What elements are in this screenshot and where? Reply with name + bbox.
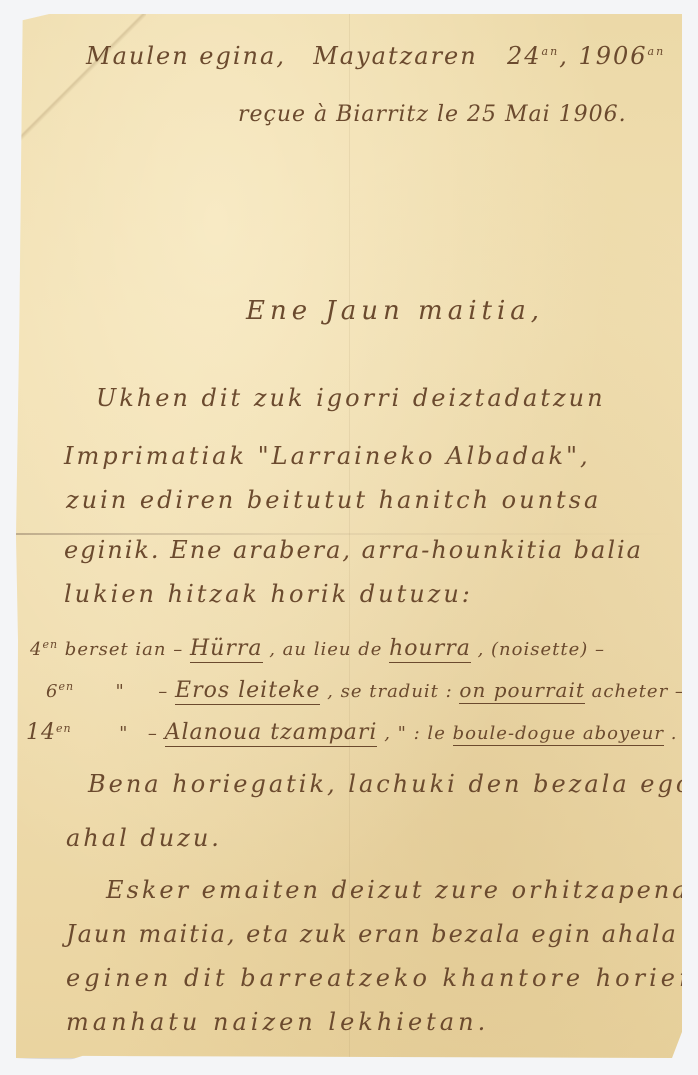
corner-fold-crease bbox=[16, 14, 146, 144]
french-translation: on pourrait bbox=[459, 678, 584, 704]
dateline-day-suffix: an bbox=[542, 45, 560, 58]
letter-page: Maulen egina, Mayatzaren 24an, 1906an re… bbox=[16, 14, 682, 1058]
paragraph1-line3: zuin ediren beitutut hanitch ountsa bbox=[66, 486, 601, 514]
received-note: reçue à Biarritz le 25 Mai 1906. bbox=[238, 102, 627, 127]
dateline-year-suffix: an bbox=[648, 45, 666, 58]
paragraph3-line2: Jaun maitia, eta zuk eran bezala egin ah… bbox=[66, 920, 678, 948]
verse-number: 4 bbox=[30, 639, 42, 660]
dateline-year: 1906 bbox=[578, 42, 647, 70]
verse-label: " bbox=[119, 723, 128, 744]
paragraph1-line2: Imprimatiak "Larraineko Albadak", bbox=[64, 442, 591, 470]
dateline-month: Mayatzaren bbox=[313, 42, 477, 70]
paragraph1-line4: eginik. Ene arabera, arra-hounkitia bali… bbox=[64, 536, 643, 564]
verse-label: berset ian bbox=[65, 639, 167, 660]
french-translation: boule-dogue aboyeur bbox=[453, 723, 664, 746]
correction-row: 4en berset ian – Hürra , au lieu de hour… bbox=[30, 636, 605, 661]
verse-label: " bbox=[116, 681, 125, 702]
basque-word: Hürra bbox=[190, 636, 263, 663]
verse-number: 14 bbox=[26, 720, 56, 745]
paragraph2-line2: ahal duzu. bbox=[66, 824, 222, 852]
dateline-day: 24 bbox=[507, 42, 542, 70]
alternate-word: hourra bbox=[389, 636, 471, 663]
paragraph1-line1: Ukhen dit zuk igorri deiztadatzun bbox=[96, 384, 606, 412]
correction-row: 14en " – Alanoua tzampari , " : le boule… bbox=[26, 720, 677, 745]
salutation: Ene Jaun maitia, bbox=[246, 296, 544, 326]
paragraph3-line4: manhatu naizen lekhietan. bbox=[66, 1008, 489, 1036]
basque-word: Alanoua tzampari bbox=[165, 720, 378, 747]
paragraph3-line1: Esker emaiten deizut zure orhitzapenaz, bbox=[106, 876, 698, 904]
paragraph3-line3: eginen dit barreatzeko khantore horien bbox=[66, 964, 698, 992]
paragraph2-line1: Bena horiegatik, lachuki den bezala egoi… bbox=[88, 770, 698, 798]
basque-word: Eros leiteke bbox=[175, 678, 320, 705]
paragraph1-line5: lukien hitzak horik dutuzu: bbox=[64, 580, 473, 608]
verse-number: 6 bbox=[46, 681, 58, 702]
dateline: Maulen egina, Mayatzaren 24an, 1906an bbox=[86, 42, 665, 70]
dateline-place: Maulen egina, bbox=[86, 42, 286, 70]
correction-row: 6en " – Eros leiteke , se traduit : on p… bbox=[46, 678, 685, 703]
